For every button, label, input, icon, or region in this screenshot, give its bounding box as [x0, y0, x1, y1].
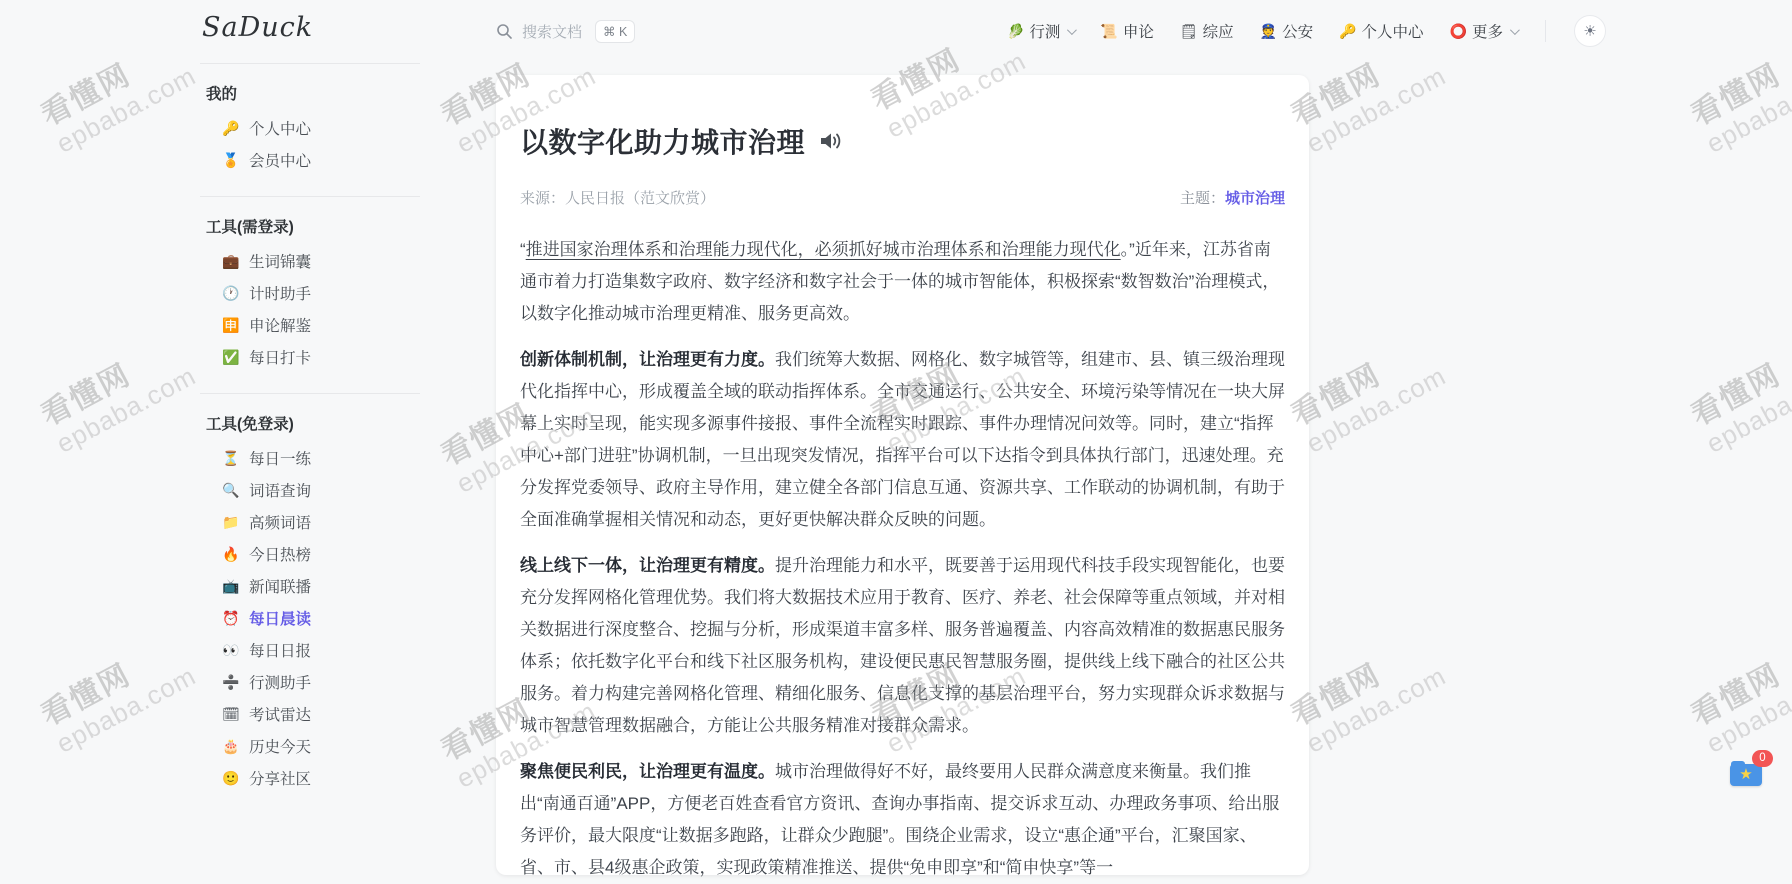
- folder-icon: 📁: [222, 514, 240, 531]
- sidebar-item-personal-center[interactable]: 🔑 个人中心: [200, 112, 420, 144]
- sidebar-item-history-today[interactable]: 🎂 历史今天: [200, 730, 420, 762]
- cake-icon: 🎂: [222, 738, 240, 755]
- paragraph-4: 聚焦便民利民，让治理更有温度。城市治理做得好不好，最终要用人民群众满意度来衡量。…: [520, 756, 1285, 856]
- sidebar-item-daily-checkin[interactable]: ✅ 每日打卡: [200, 341, 420, 373]
- clock-icon: 🕐: [222, 285, 240, 302]
- red-circle-icon: ⭕: [1450, 23, 1467, 40]
- nav-item-zongying[interactable]: 🗒 综应: [1180, 20, 1234, 42]
- sidebar: SaDuck 我的 🔑 个人中心 🏅 会员中心 工具(需登录) 💼 生词锦囊 🕐…: [200, 0, 420, 794]
- sidebar-item-label: 申论解鉴: [249, 314, 311, 336]
- sidebar-section-my: 我的: [206, 82, 420, 104]
- nav-item-xingce[interactable]: 🥬 行测: [1007, 20, 1074, 42]
- sidebar-item-daily-report[interactable]: 👀 每日日报: [200, 634, 420, 666]
- sidebar-item-exam-radar[interactable]: 🗓 考试雷达: [200, 698, 420, 730]
- check-icon: ✅: [222, 349, 240, 366]
- sidebar-section-tools-login: 工具(需登录): [206, 215, 420, 237]
- nav-label: 行测: [1029, 20, 1060, 42]
- sidebar-item-xingce-helper[interactable]: ➗ 行测助手: [200, 666, 420, 698]
- sidebar-item-label: 计时助手: [249, 282, 311, 304]
- search-icon: [496, 23, 513, 40]
- top-header: 搜索文档 ⌘ K 🥬 行测 📜 申论 🗒 综应 👮 公安 🔑 个人中心 ⭕ 更多: [496, 0, 1792, 62]
- nav-divider: [1545, 20, 1546, 42]
- calendar-icon: 🗓: [222, 706, 240, 723]
- sidebar-item-shenlun-analysis[interactable]: 🈸 申论解鉴: [200, 309, 420, 341]
- underlined-quote: 推进国家治理体系和治理能力现代化，必须抓好城市治理体系和治理能力现代化: [526, 240, 1121, 259]
- chevron-down-icon: [1067, 25, 1077, 35]
- sidebar-item-label: 每日日报: [249, 639, 311, 661]
- sidebar-item-hot-list[interactable]: 🔥 今日热榜: [200, 538, 420, 570]
- key-icon: 🔑: [1339, 23, 1356, 40]
- police-icon: 👮: [1260, 23, 1277, 40]
- magnifier-icon: 🔍: [222, 482, 240, 499]
- watermark: 看懂网epbaba.com: [32, 323, 201, 459]
- hourglass-icon: ⏳: [222, 450, 240, 467]
- briefcase-icon: 💼: [222, 253, 240, 270]
- scroll-icon: 📜: [1100, 23, 1117, 40]
- sidebar-item-news-broadcast[interactable]: 📺 新闻联播: [200, 570, 420, 602]
- paragraph-1: “推进国家治理体系和治理能力现代化，必须抓好城市治理体系和治理能力现代化。”近年…: [520, 234, 1285, 330]
- eyes-icon: 👀: [222, 642, 240, 659]
- top-nav: 🥬 行测 📜 申论 🗒 综应 👮 公安 🔑 个人中心 ⭕ 更多 ☀: [1007, 15, 1792, 47]
- sidebar-item-label: 个人中心: [249, 117, 311, 139]
- article-card: 以数字化助力城市治理 来源：人民日报（范文欣赏） 主题：城市治理 “推进国家治理…: [496, 75, 1309, 856]
- search-placeholder: 搜索文档: [522, 21, 582, 42]
- sidebar-item-share-community[interactable]: 🙂 分享社区: [200, 762, 420, 794]
- theme-toggle-button[interactable]: ☀: [1574, 15, 1606, 47]
- sun-icon: ☀: [1583, 22, 1596, 40]
- sidebar-item-label: 每日打卡: [249, 346, 311, 368]
- fire-icon: 🔥: [222, 546, 240, 563]
- shortcut-badge: ⌘ K: [595, 20, 635, 43]
- article-title: 以数字化助力城市治理: [520, 121, 805, 161]
- speaker-icon[interactable]: [818, 129, 844, 153]
- sidebar-item-label: 历史今天: [249, 735, 311, 757]
- sidebar-item-label: 分享社区: [249, 767, 311, 789]
- sidebar-section-tools-free: 工具(免登录): [206, 412, 420, 434]
- favorites-folder-button[interactable]: ★ 0: [1730, 760, 1764, 786]
- smiley-icon: 🙂: [222, 770, 240, 787]
- sidebar-item-label: 高频词语: [249, 511, 311, 533]
- nav-label: 个人中心: [1362, 20, 1424, 42]
- nav-item-shenlun[interactable]: 📜 申论: [1100, 20, 1153, 42]
- notepad-icon: 🗒: [1180, 23, 1198, 40]
- nav-label: 公安: [1282, 20, 1313, 42]
- tv-icon: 📺: [222, 578, 240, 595]
- medal-icon: 🏅: [222, 152, 240, 169]
- article-topic: 主题：城市治理: [1180, 187, 1285, 208]
- sidebar-item-word-lookup[interactable]: 🔍 词语查询: [200, 474, 420, 506]
- sidebar-item-label: 行测助手: [249, 671, 311, 693]
- sidebar-item-frequent-words[interactable]: 📁 高频词语: [200, 506, 420, 538]
- sidebar-item-label: 新闻联播: [249, 575, 311, 597]
- sidebar-item-label: 会员中心: [249, 149, 311, 171]
- sidebar-item-label: 每日晨读: [249, 607, 311, 629]
- alarm-clock-icon: ⏰: [222, 610, 240, 627]
- watermark: 看懂网epbaba.com: [32, 23, 201, 159]
- sidebar-item-new-words[interactable]: 💼 生词锦囊: [200, 245, 420, 277]
- article-body: “推进国家治理体系和治理能力现代化，必须抓好城市治理体系和治理能力现代化。”近年…: [520, 234, 1285, 856]
- chevron-down-icon: [1510, 25, 1520, 35]
- sidebar-item-morning-reading[interactable]: ⏰ 每日晨读: [200, 602, 420, 634]
- sidebar-item-timer-helper[interactable]: 🕐 计时助手: [200, 277, 420, 309]
- sidebar-item-label: 今日热榜: [249, 543, 311, 565]
- article-source: 来源：人民日报（范文欣赏）: [520, 187, 715, 208]
- sidebar-item-daily-practice[interactable]: ⏳ 每日一练: [200, 442, 420, 474]
- nav-item-gongan[interactable]: 👮 公安: [1260, 20, 1313, 42]
- watermark: 看懂网epbaba.com: [32, 623, 201, 759]
- sidebar-item-label: 考试雷达: [249, 703, 311, 725]
- sidebar-divider: [200, 63, 420, 64]
- nav-label: 申论: [1123, 20, 1154, 42]
- nav-item-personal-center[interactable]: 🔑 个人中心: [1339, 20, 1423, 42]
- nav-item-more[interactable]: ⭕ 更多: [1450, 20, 1517, 42]
- sidebar-divider: [200, 393, 420, 394]
- topic-link[interactable]: 城市治理: [1225, 190, 1285, 207]
- shen-box-icon: 🈸: [222, 317, 240, 334]
- sidebar-item-label: 每日一练: [249, 447, 311, 469]
- nav-label: 综应: [1203, 20, 1234, 42]
- leafy-book-icon: 🥬: [1007, 23, 1024, 40]
- sidebar-divider: [200, 196, 420, 197]
- favorites-badge-count: 0: [1752, 750, 1773, 767]
- watermark: 看懂网epbaba.com: [1682, 323, 1792, 459]
- app-logo[interactable]: SaDuck: [200, 0, 420, 43]
- watermark: 看懂网epbaba.com: [1682, 623, 1792, 759]
- sidebar-item-member-center[interactable]: 🏅 会员中心: [200, 144, 420, 176]
- paragraph-3: 线上线下一体，让治理更有精度。提升治理能力和水平，既要善于运用现代科技手段实现智…: [520, 550, 1285, 742]
- paragraph-2: 创新体制机制，让治理更有力度。我们统筹大数据、网格化、数字城管等，组建市、县、镇…: [520, 344, 1285, 536]
- sidebar-item-label: 词语查询: [249, 479, 311, 501]
- search-input[interactable]: 搜索文档 ⌘ K: [496, 20, 635, 43]
- key-icon: 🔑: [222, 120, 240, 137]
- star-folder-icon: ★: [1730, 764, 1762, 786]
- nav-label: 更多: [1472, 20, 1503, 42]
- division-icon: ➗: [222, 674, 240, 691]
- sidebar-item-label: 生词锦囊: [249, 250, 311, 272]
